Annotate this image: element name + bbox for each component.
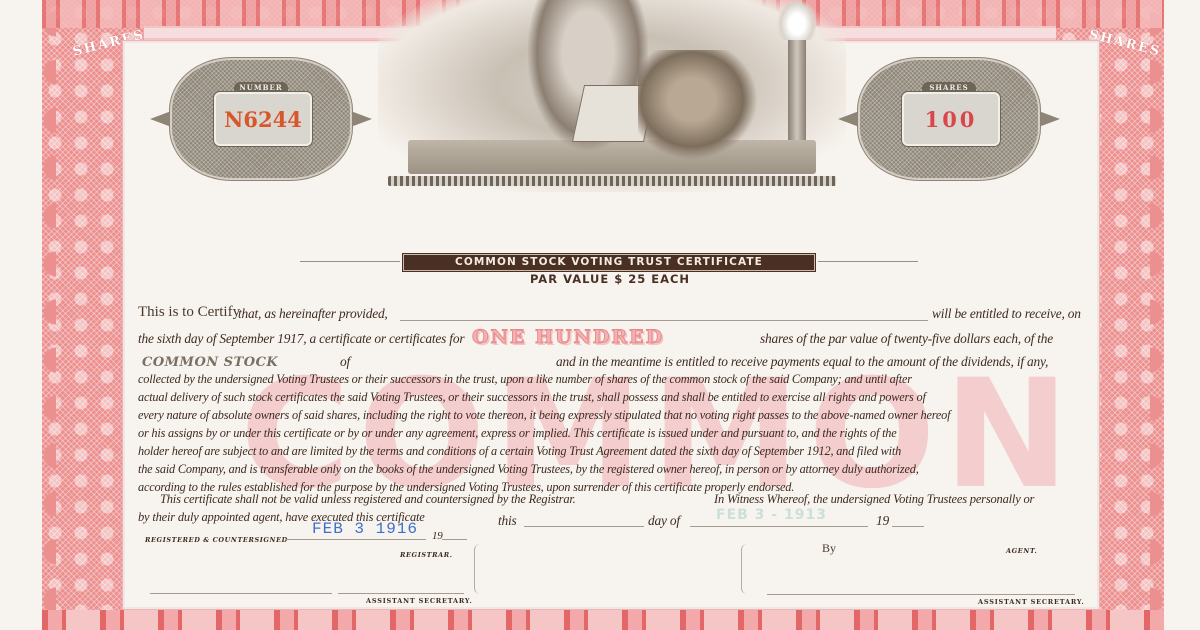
day-of-label: day of xyxy=(648,513,680,529)
body-line-1: that, as hereinafter provided, xyxy=(238,306,388,322)
body-line-4: collected by the undersigned Voting Trus… xyxy=(138,372,912,387)
amount-in-words: ONE HUNDRED xyxy=(472,326,664,348)
par-value: PAR VALUE $ 25 EACH xyxy=(470,272,750,286)
year-blank-line xyxy=(892,526,924,527)
lion-figure xyxy=(638,50,758,160)
certificate-number: N6244 xyxy=(224,107,302,132)
title-rule-right xyxy=(818,261,918,262)
registration-year-prefix: 19 xyxy=(432,530,443,542)
allegorical-vignette-image xyxy=(378,0,846,192)
number-field: N6244 xyxy=(214,92,312,146)
flame-icon xyxy=(778,0,816,40)
year-prefix: 19 xyxy=(876,513,889,529)
border-scallop-right xyxy=(1150,0,1170,630)
shares-cartouche: SHARES 100 xyxy=(860,60,1038,178)
agent-label: AGENT. xyxy=(1006,547,1037,555)
stock-class-label: COMMON STOCK xyxy=(142,355,278,370)
witness-clause: In Witness Whereof, the undersigned Voti… xyxy=(714,492,1034,507)
certificate-background: SHARES SHARES NUMBER N6244 SHARES 100 xyxy=(0,0,1200,630)
body-line-7: or his assigns by or under this certific… xyxy=(138,426,897,441)
number-cartouche: NUMBER N6244 xyxy=(172,60,350,178)
body-line-3: and in the meantime is entitled to recei… xyxy=(556,354,1048,370)
secretary-line-left-b xyxy=(338,593,464,594)
body-line-1-end: will be entitled to receive, on xyxy=(932,306,1081,322)
signature-brace-left xyxy=(474,544,485,594)
owner-name-line xyxy=(400,320,928,321)
month-blank-line xyxy=(690,526,868,527)
faint-date-stamp: FEB 3 - 1913 xyxy=(716,507,827,523)
day-blank-line xyxy=(524,526,644,527)
registration-date-stamp: FEB 3 1916 xyxy=(312,520,418,538)
vignette-base-border xyxy=(388,176,836,186)
secretary-line-right xyxy=(767,594,1075,595)
registrar-label: REGISTRAR. xyxy=(400,551,453,559)
certificate-title: COMMON STOCK VOTING TRUST CERTIFICATE xyxy=(403,254,815,271)
validity-clause: This certificate shall not be valid unle… xyxy=(160,492,576,507)
title-rule-left xyxy=(300,261,400,262)
signature-brace-right xyxy=(741,544,752,594)
body-line-9: the said Company, and is transferable on… xyxy=(138,462,919,477)
registration-year-line xyxy=(442,539,467,540)
registered-countersigned-label: REGISTERED & COUNTERSIGNED xyxy=(145,536,288,544)
certify-heading: This is to Certify xyxy=(138,304,240,321)
torch-icon xyxy=(788,30,806,140)
shares-field: 100 xyxy=(902,92,1000,146)
border-scallop-left xyxy=(36,0,56,630)
body-line-2-end: shares of the par value of twenty-five d… xyxy=(760,331,1053,347)
secretary-line-left-a xyxy=(150,593,332,594)
body-line-8: holder hereof are subject to and are lim… xyxy=(138,444,901,459)
body-line-2: the sixth day of September 1917, a certi… xyxy=(138,331,464,347)
of-label: of xyxy=(340,354,350,370)
assistant-secretary-label-left: ASSISTANT SECRETARY. xyxy=(366,597,473,605)
assistant-secretary-label-right: ASSISTANT SECRETARY. xyxy=(978,598,1085,606)
border-bottom-band xyxy=(42,610,1164,630)
body-line-6: every nature of absolute owners of said … xyxy=(138,408,950,423)
body-line-5: actual delivery of such stock certificat… xyxy=(138,390,926,405)
share-count: 100 xyxy=(925,107,978,132)
by-label: By xyxy=(822,541,836,556)
this-label: this xyxy=(498,513,517,529)
registration-date-line xyxy=(286,539,426,540)
